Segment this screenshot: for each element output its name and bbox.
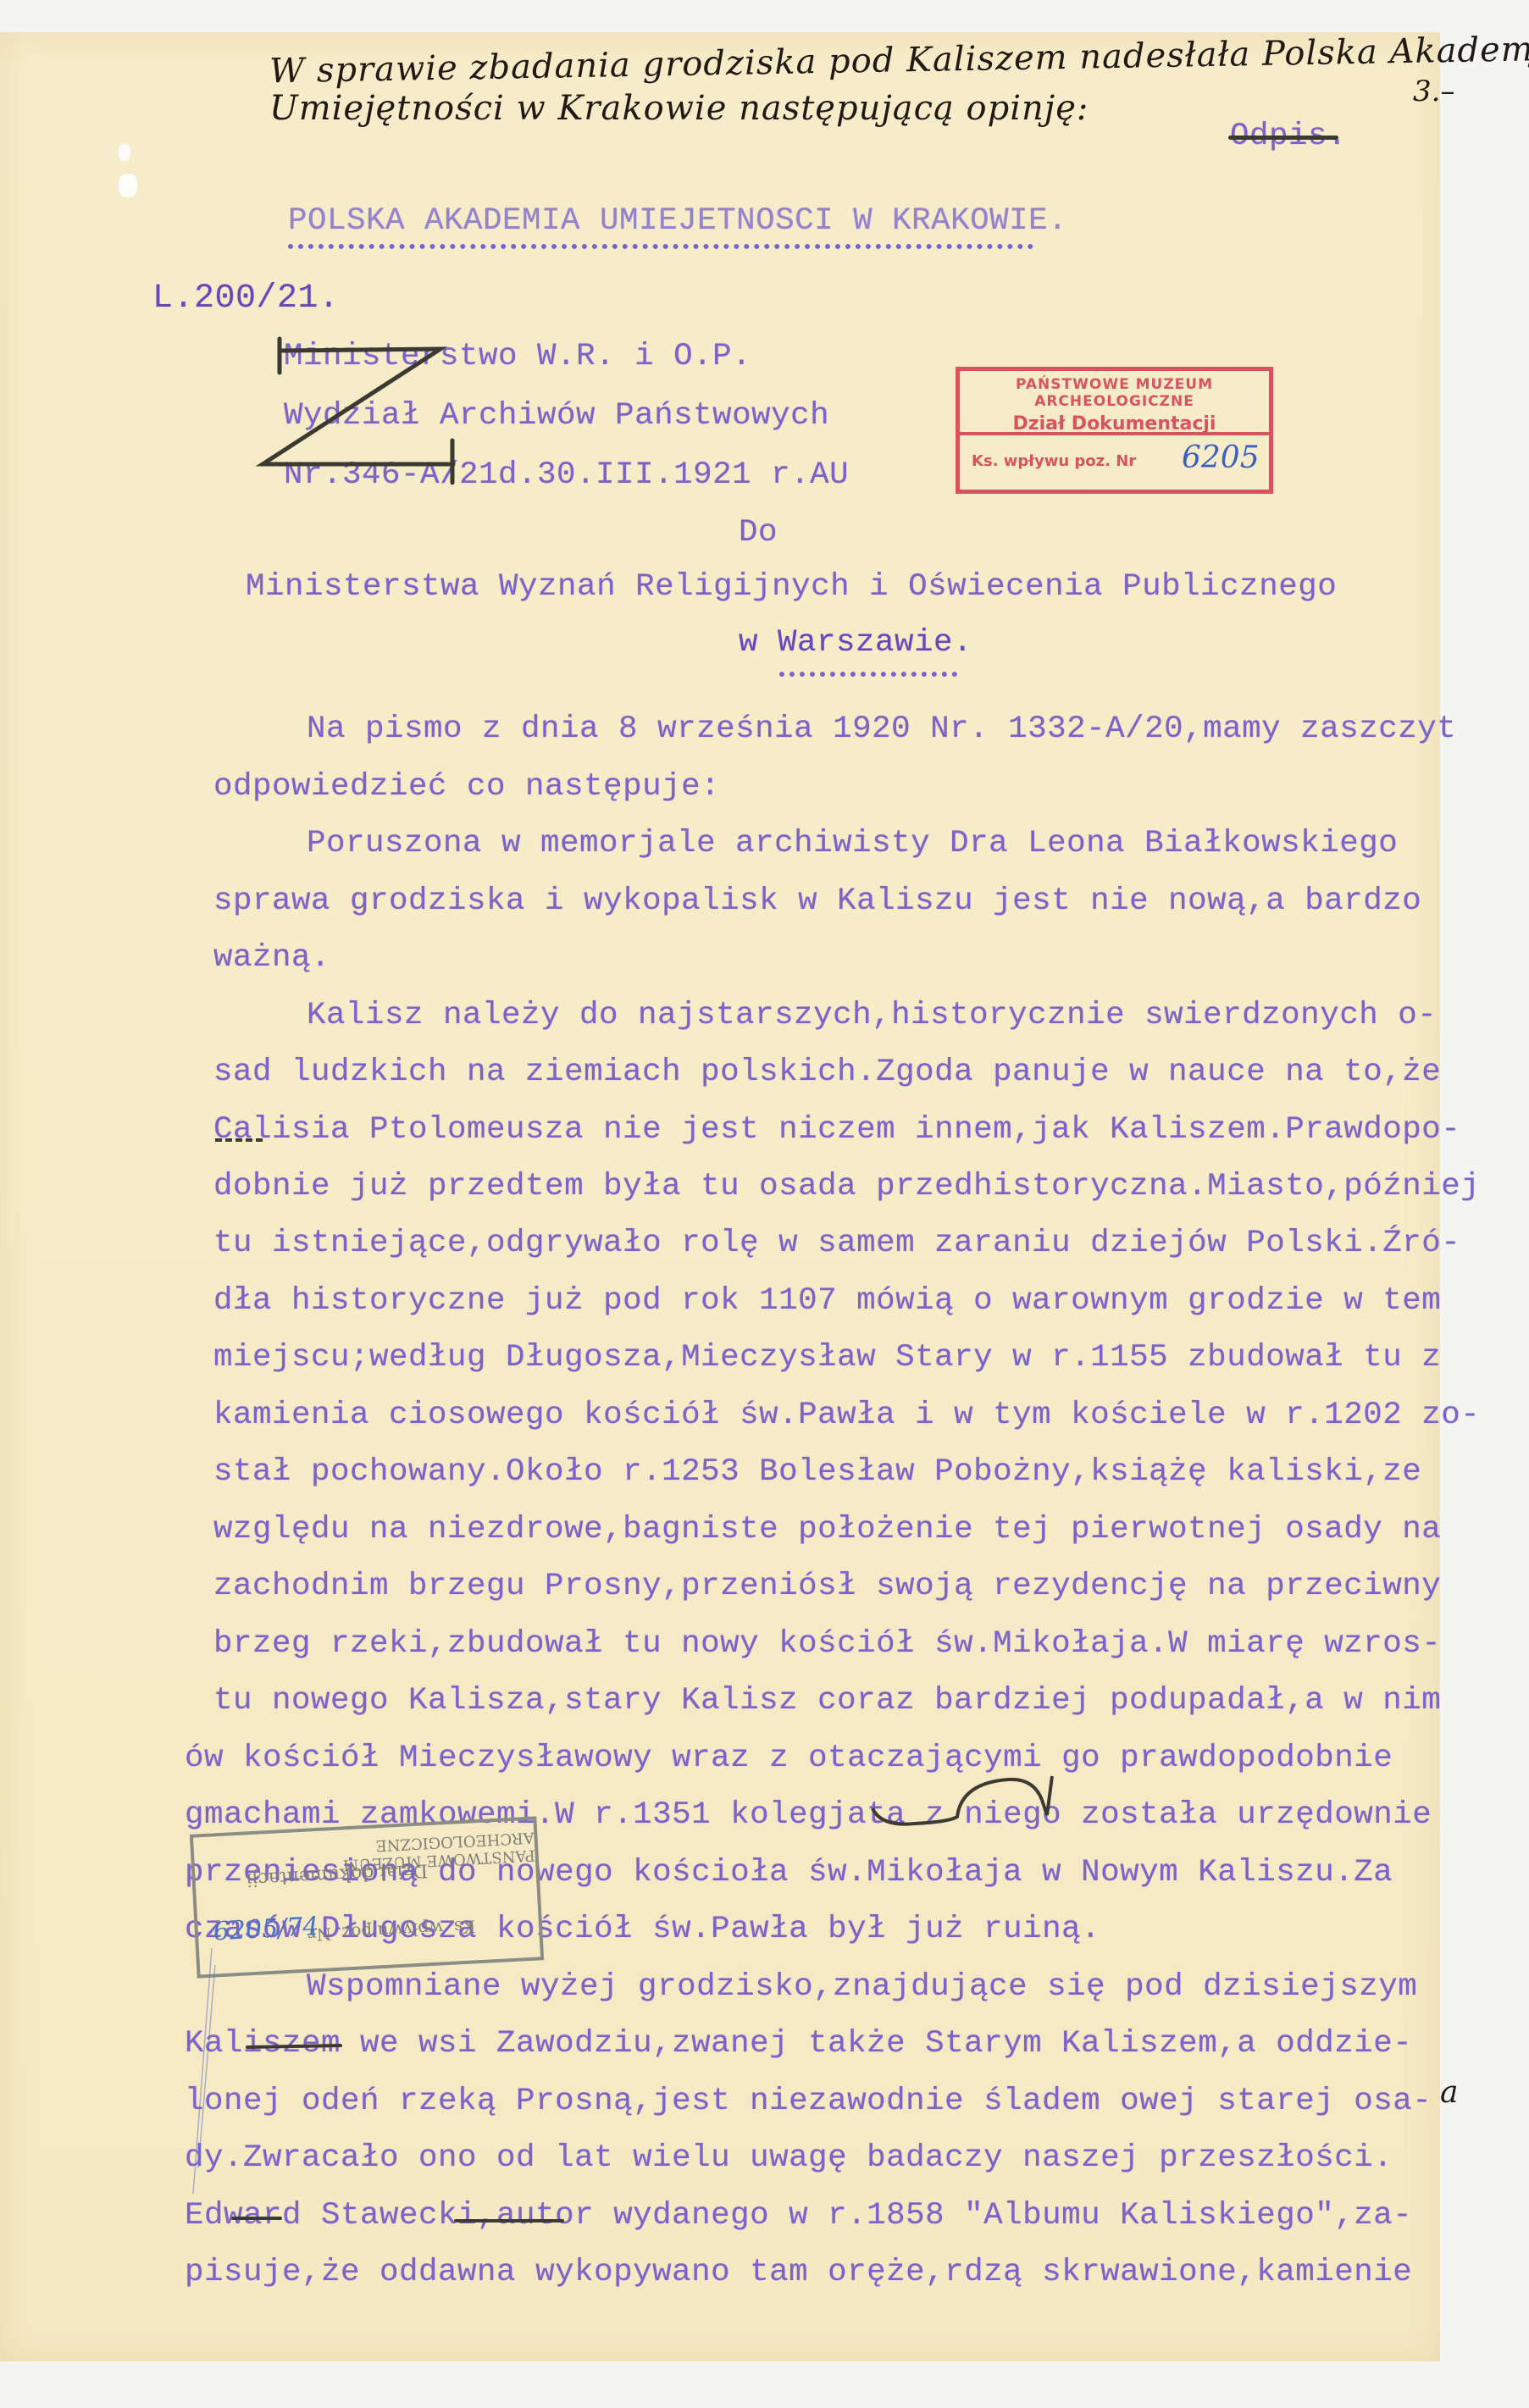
body-line: brzeg rzeki,zbudował tu nowy kościół św.… — [213, 1626, 1441, 1662]
reference-number: L.200/21. — [152, 280, 340, 318]
body-line: względu na niezdrowe,bagniste położenie … — [213, 1512, 1441, 1547]
stamp-institution: PAŃSTWOWE MUZEUM ARCHEOLOGICZNE — [960, 371, 1269, 410]
body-line: dy.Zwracało ono od lat wielu uwagę badac… — [185, 2140, 1393, 2176]
body-line: ów kościół Mieczysławowy wraz z otaczają… — [185, 1741, 1393, 1776]
body-line: tu nowego Kalisza,stary Kalisz coraz bar… — [213, 1683, 1441, 1719]
body-line: Calisia Ptolomeusza nie jest niczem inne… — [213, 1112, 1460, 1148]
body-line: Kaliszem we wsi Zawodziu,zwanej także St… — [185, 2026, 1412, 2062]
stamp-entry-label: Ks. wpływu poz. Nr — [972, 452, 1136, 470]
body-line: zachodnim brzegu Prosny,przeniósł swoją … — [213, 1569, 1441, 1604]
stamp-entry-number: 6205 — [1182, 440, 1260, 475]
heading-underline — [288, 244, 1033, 249]
body-line: miejscu;według Długosza,Mieczysław Stary… — [213, 1340, 1441, 1376]
stamp-department: Dział Dokumentacji — [960, 410, 1269, 435]
body-line: pisuje,że oddawna wykopywano tam oręże,r… — [185, 2255, 1412, 2290]
body-line: Na pismo z dnia 8 września 1920 Nr. 1332… — [307, 711, 1456, 747]
institution-heading: POLSKA AKADEMIA UMIEJETNOSCI W KRAKOWIE. — [288, 203, 1067, 239]
body-line: Kalisz należy do najstarszych,historyczn… — [307, 998, 1437, 1033]
body-line: odpowiedzieć co następuje: — [213, 769, 720, 805]
z-strikethrough-mark — [254, 330, 491, 491]
paper-hole — [119, 144, 130, 161]
body-line: Edward Stawecki,autor wydanego w r.1858 … — [185, 2198, 1412, 2234]
addressee-underline — [779, 672, 957, 677]
pencil-wavy-underline — [215, 1138, 263, 1142]
body-line: tu istniejące,odgrywało rolę w samem zar… — [213, 1226, 1460, 1261]
addressee-line-1: Ministerstwa Wyznań Religijnych i Oświec… — [246, 569, 1337, 605]
margin-ink-scribble — [186, 1948, 220, 2202]
copy-mark-strike — [1228, 136, 1338, 140]
body-line: lonej odeń rzeką Prosną,jest niezawodnie… — [185, 2084, 1432, 2119]
grey-stamp-entry-label: Ks. wpływu poz. Nr — [308, 1916, 476, 1945]
page-number: 3.– — [1413, 75, 1454, 108]
museum-registry-stamp: PAŃSTWOWE MUZEUM ARCHEOLOGICZNE Dział Do… — [956, 367, 1273, 494]
margin-correction: a — [1440, 2075, 1459, 2110]
body-line: sad ludzkich na ziemiach polskich.Zgoda … — [213, 1055, 1441, 1090]
body-line: dła historyczne już pod rok 1107 mówią o… — [213, 1283, 1441, 1319]
pencil-underline — [231, 2217, 282, 2220]
mirrored-museum-stamp: PAŃSTWOWE MUZEUM ARCHEOLOGICZNE Dział do… — [190, 1816, 544, 1978]
body-line: sprawa grodziska i wykopalisk w Kaliszu … — [213, 883, 1421, 919]
body-line: dobnie już przedtem była tu osada przedh… — [213, 1169, 1480, 1204]
handwritten-note-line-2: Umiejętności w Krakowie następującą opin… — [269, 89, 1089, 128]
addressee-line-2: w Warszawie. — [739, 625, 972, 661]
pencil-transposition-mark — [864, 1774, 1067, 1834]
body-line: Wspomniane wyżej grodzisko,znajdujące si… — [307, 1969, 1417, 2005]
grey-stamp-number: 6205/74 — [213, 1912, 319, 1946]
addressee-to: Do — [739, 515, 778, 551]
body-line: kamienia ciosowego kościół św.Pawła i w … — [213, 1398, 1480, 1433]
pencil-underline — [454, 2219, 564, 2223]
body-line: Poruszona w memorjale archiwisty Dra Leo… — [307, 826, 1398, 861]
body-line: ważną. — [213, 940, 330, 976]
paper-hole — [119, 174, 137, 197]
body-line: stał pochowany.Około r.1253 Bolesław Pob… — [213, 1454, 1421, 1490]
